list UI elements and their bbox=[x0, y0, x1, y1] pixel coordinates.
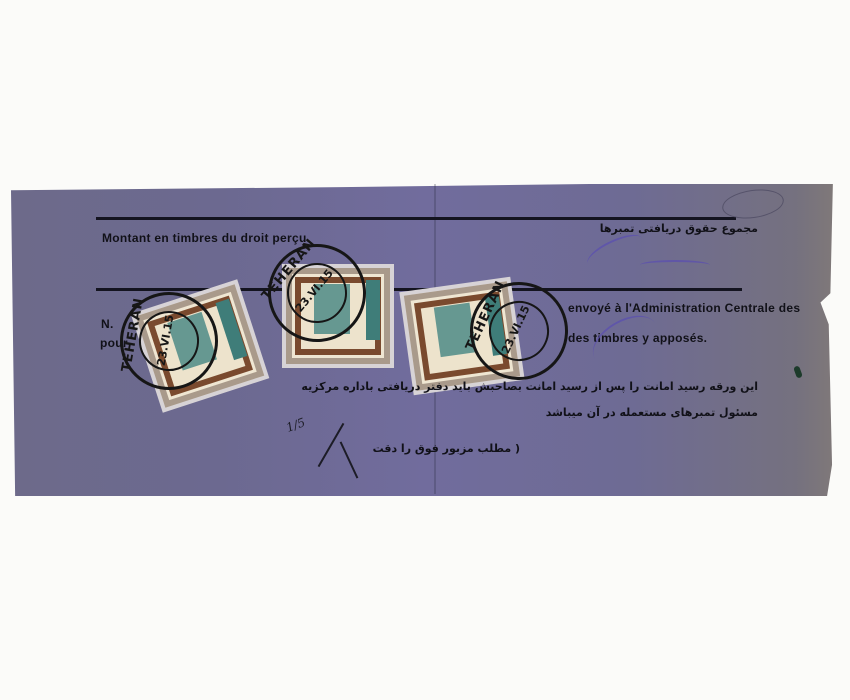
body-rule bbox=[96, 288, 742, 291]
ink-mark bbox=[640, 260, 710, 270]
body-persian-line1: این ورقه رسید امانت را پس از رسید امانت … bbox=[300, 380, 758, 393]
body-persian-line2: مسئول تمبرهای مستعمله در آن میباشد bbox=[380, 406, 758, 419]
header-rule bbox=[96, 217, 736, 220]
header-french-text: Montant en timbres du droit perçu. bbox=[102, 231, 310, 245]
body-french-line1: envoyé à l'Administration Centrale des bbox=[568, 301, 800, 315]
footer-persian-text: ( مطلب مزبور فوق را دقت bbox=[330, 442, 520, 455]
header-persian-text: مجموع حقوق دریافتی تمبرها bbox=[560, 222, 758, 235]
body-french-n: N. bbox=[101, 317, 114, 331]
